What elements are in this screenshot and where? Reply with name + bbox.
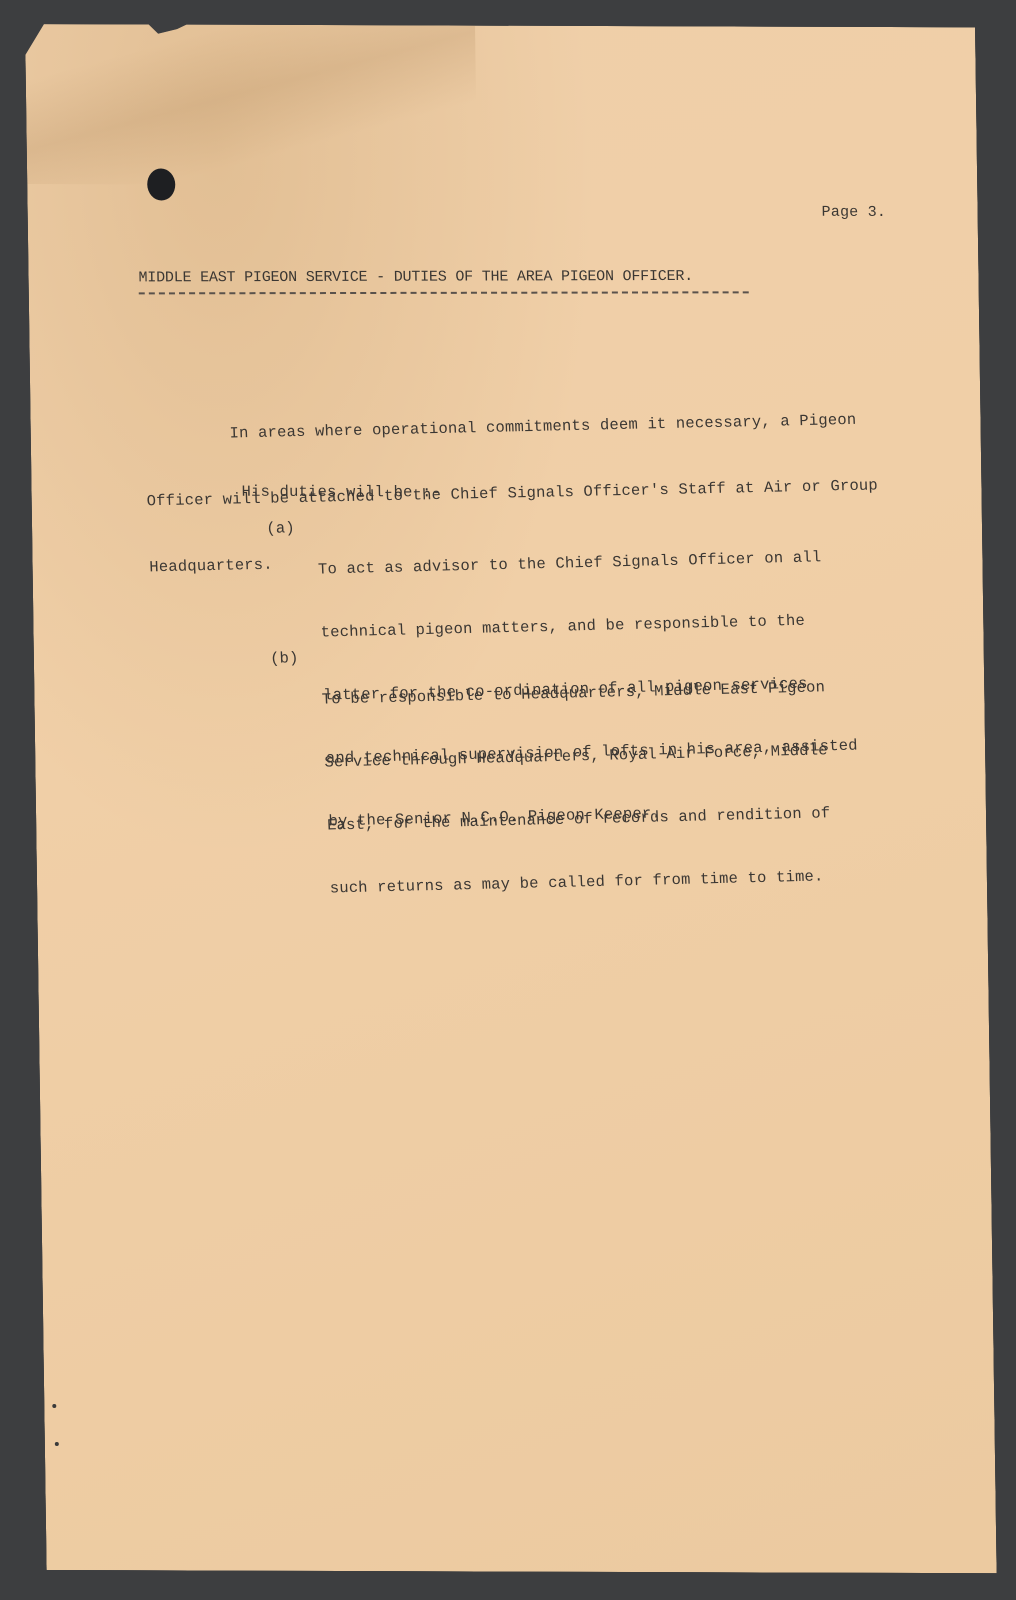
item-line: East, for the maintenance of records and… (327, 803, 831, 836)
duty-item-b: (b) To be responsible to Headquarters, M… (270, 635, 836, 942)
document-title: MIDDLE EAST PIGEON SERVICE - DUTIES OF T… (138, 268, 693, 286)
paper-fold-shadow (25, 24, 477, 186)
item-line: To act as advisor to the Chief Signals O… (318, 547, 851, 581)
duties-intro: His duties will be :- (241, 483, 441, 502)
pin-hole (52, 1404, 56, 1408)
pin-hole (55, 1442, 59, 1446)
item-line: Service through Headquarters, Royal Air … (324, 740, 828, 773)
item-line: To be responsible to Headquarters, Middl… (321, 677, 825, 710)
page-number: Page 3. (822, 204, 887, 221)
item-text: To be responsible to Headquarters, Middl… (320, 635, 836, 941)
title-underline (139, 291, 749, 294)
punch-hole (147, 168, 175, 200)
document-page: Page 3. MIDDLE EAST PIGEON SERVICE - DUT… (25, 24, 997, 1573)
paragraph-line: In areas where operational commitments d… (144, 408, 876, 446)
item-line: such returns as may be called for from t… (329, 866, 833, 899)
